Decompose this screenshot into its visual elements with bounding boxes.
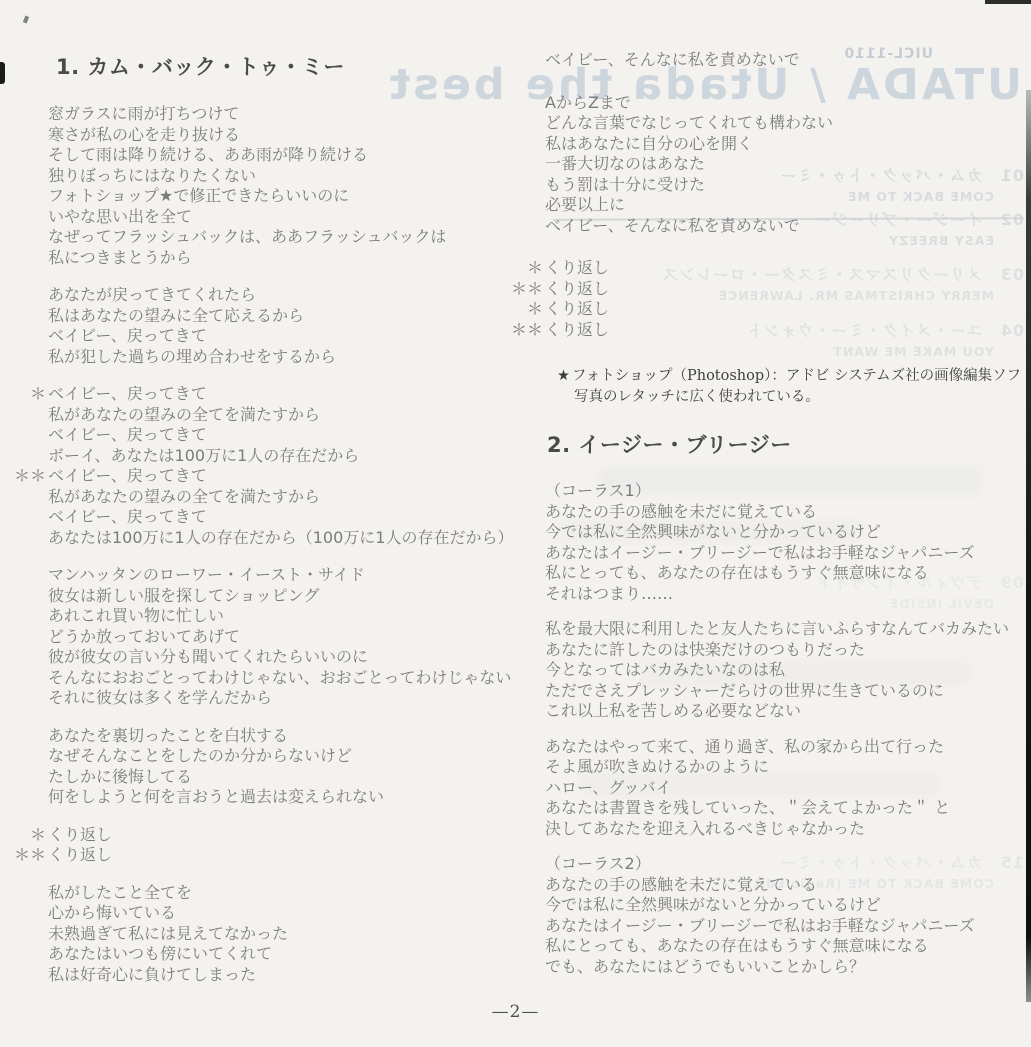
lyric-line: ベイビー、そんなに私を責めないで bbox=[545, 50, 1027, 71]
song2-title: 2. イージー・ブリージー bbox=[547, 433, 1027, 457]
lyric-line: 今となってはバカみたいなのは私 bbox=[545, 660, 1027, 681]
lyric-line: ベイビー、戻ってきて bbox=[48, 507, 526, 528]
stanza: AからZまでどんな言葉でなじってくれても構わない私はあなたに自分の心を開く一番大… bbox=[545, 93, 1027, 237]
lyric-line: あなたはいつも傍にいてくれて bbox=[48, 944, 526, 965]
column-left: 1. カム・バック・トゥ・ミー 窓ガラスに雨が打ちつけて寒さが私の心を走り抜ける… bbox=[48, 55, 526, 1002]
lyric-line: あなたが戻ってきてくれたら bbox=[48, 285, 526, 306]
repeat-marker: ＊ bbox=[511, 299, 543, 320]
footnote: ★フォトショップ（Photoshop）：アドビ システムズ社の画像編集ソフトウェ… bbox=[545, 366, 1027, 407]
footnote-line-1: ★フォトショップ（Photoshop）：アドビ システムズ社の画像編集ソフトウェ… bbox=[557, 366, 1027, 387]
repeat-marker: ＊＊ bbox=[14, 845, 46, 866]
lyric-line: ＊くり返し bbox=[545, 258, 1027, 279]
lyric-line: それはつまり…… bbox=[545, 584, 1027, 605]
lyric-line: フォトショップ★で修正できたらいいのに bbox=[48, 186, 526, 207]
scan-speck bbox=[23, 16, 29, 24]
lyric-line: （コーラス1） bbox=[545, 481, 1027, 502]
lyric-line: 私はあなたに自分の心を開く bbox=[545, 134, 1027, 155]
scan-mark-left bbox=[0, 62, 5, 84]
lyric-line: 必要以上に bbox=[545, 195, 1027, 216]
lyric-line: あなたの手の感触を未だに覚えている bbox=[545, 875, 1027, 896]
lyric-line: マンハッタンのローワー・イースト・サイド bbox=[48, 565, 526, 586]
scan-edge-right bbox=[1026, 90, 1031, 1002]
lyric-line: ただでさえプレッシャーだらけの世界に生きているのに bbox=[545, 681, 1027, 702]
lyric-line: 私があなたの望みの全てを満たすから bbox=[48, 405, 526, 426]
lyric-line: そんなにおおごとってわけじゃない、おおごとってわけじゃない bbox=[48, 668, 526, 689]
song1-lyrics-left: 窓ガラスに雨が打ちつけて寒さが私の心を走り抜けるそして雨は降り続ける、ああ雨が降… bbox=[48, 104, 526, 985]
repeat-marker: ＊＊ bbox=[511, 320, 543, 341]
lyric-line: 寒さが私の心を走り抜ける bbox=[48, 125, 526, 146]
repeat-marker: ＊＊ bbox=[14, 466, 46, 487]
song1-lyrics-continued: ベイビー、そんなに私を責めないでAからZまでどんな言葉でなじってくれても構わない… bbox=[545, 50, 1027, 340]
lyric-line: 一番大切なのはあなた bbox=[545, 154, 1027, 175]
song1-title: 1. カム・バック・トゥ・ミー bbox=[56, 55, 526, 79]
lyric-line: いやな思い出を全て bbox=[48, 207, 526, 228]
page-number: —2— bbox=[0, 1002, 1031, 1022]
lyric-line: あなたはイージー・ブリージーで私はお手軽なジャパニーズ bbox=[545, 916, 1027, 937]
lyric-line: あれこれ買い物に忙しい bbox=[48, 606, 526, 627]
stanza: あなたを裏切ったことを白状するなぜそんなことをしたのか分からないけどたしかに後悔… bbox=[48, 726, 526, 808]
stanza: ＊くり返し＊＊くり返し＊くり返し＊＊くり返し bbox=[545, 258, 1027, 340]
stanza: ベイビー、そんなに私を責めないで bbox=[545, 50, 1027, 71]
lyric-line: ＊＊くり返し bbox=[48, 845, 526, 866]
repeat-marker: ＊ bbox=[511, 258, 543, 279]
stanza: ＊ベイビー、戻ってきて私があなたの望みの全てを満たすからベイビー、戻ってきてボー… bbox=[48, 384, 526, 548]
lyric-line: ベイビー、戻ってきて bbox=[48, 425, 526, 446]
lyric-line: 私が犯した過ちの埋め合わせをするから bbox=[48, 347, 526, 368]
stanza: （コーラス1）あなたの手の感触を未だに覚えている今では私に全然興味がないと分かっ… bbox=[545, 481, 1027, 604]
lyric-line: AからZまで bbox=[545, 93, 1027, 114]
lyric-line: （コーラス2） bbox=[545, 854, 1027, 875]
lyric-line: あなたの手の感触を未だに覚えている bbox=[545, 502, 1027, 523]
repeat-marker: ＊ bbox=[14, 825, 46, 846]
lyric-line: 私がしたこと全てを bbox=[48, 883, 526, 904]
lyric-line: なぜそんなことをしたのか分からないけど bbox=[48, 746, 526, 767]
scan-edge-top-right bbox=[985, 0, 1031, 4]
star-marker-icon: ★ bbox=[557, 368, 572, 384]
lyric-line: ＊くり返し bbox=[545, 299, 1027, 320]
lyric-line: 私は好奇心に負けてしまった bbox=[48, 965, 526, 986]
column-right: ベイビー、そんなに私を責めないでAからZまでどんな言葉でなじってくれても構わない… bbox=[545, 50, 1027, 992]
lyric-line: 独りぼっちにはなりたくない bbox=[48, 166, 526, 187]
lyric-line: 私につきまとうから bbox=[48, 248, 526, 269]
lyric-line: 私を最大限に利用したと友人たちに言いふらすなんてバカみたい bbox=[545, 619, 1027, 640]
lyric-line: あなたはイージー・ブリージーで私はお手軽なジャパニーズ bbox=[545, 543, 1027, 564]
lyric-line: 今では私に全然興味がないと分かっているけど bbox=[545, 522, 1027, 543]
song2-lyrics: （コーラス1）あなたの手の感触を未だに覚えている今では私に全然興味がないと分かっ… bbox=[545, 481, 1027, 977]
lyric-line: ボーイ、あなたは100万に1人の存在だから bbox=[48, 446, 526, 467]
lyric-line: あなたは100万に1人の存在だから（100万に1人の存在だから） bbox=[48, 528, 526, 549]
stanza: あなたはやって来て、通り過ぎ、私の家から出て行ったそよ風が吹きぬけるかのようにハ… bbox=[545, 737, 1027, 840]
lyric-line: 私にとっても、あなたの存在はもうすぐ無意味になる bbox=[545, 563, 1027, 584]
lyric-line: あなたは書置きを残していった、＂会えてよかった＂ と bbox=[545, 798, 1027, 819]
lyric-line: どんな言葉でなじってくれても構わない bbox=[545, 113, 1027, 134]
stanza: マンハッタンのローワー・イースト・サイド彼女は新しい服を探してショッピングあれこ… bbox=[48, 565, 526, 709]
lyric-line: 彼女は新しい服を探してショッピング bbox=[48, 586, 526, 607]
lyric-line: たしかに後悔してる bbox=[48, 767, 526, 788]
lyric-line: でも、あなたにはどうでもいいことかしら？ bbox=[545, 957, 1027, 978]
lyric-line: ハロー、グッバイ bbox=[545, 778, 1027, 799]
stanza: 私がしたこと全てを心から悔いている未熟過ぎて私には見えてなかったあなたはいつも傍… bbox=[48, 883, 526, 986]
repeat-marker: ＊＊ bbox=[511, 279, 543, 300]
lyric-line: あなたに許したのは快楽だけのつもりだった bbox=[545, 640, 1027, 661]
lyric-line: 何をしようと何を言おうと過去は変えられない bbox=[48, 787, 526, 808]
lyric-line: 決してあなたを迎え入れるべきじゃなかった bbox=[545, 819, 1027, 840]
lyric-line: 私はあなたの望みに全て応えるから bbox=[48, 306, 526, 327]
stanza: あなたが戻ってきてくれたら私はあなたの望みに全て応えるからベイビー、戻ってきて私… bbox=[48, 285, 526, 367]
lyric-line: もう罰は十分に受けた bbox=[545, 175, 1027, 196]
lyric-line: ＊＊くり返し bbox=[545, 279, 1027, 300]
lyric-line: これ以上私を苦しめる必要などない bbox=[545, 701, 1027, 722]
lyric-line: 私があなたの望みの全てを満たすから bbox=[48, 487, 526, 508]
repeat-marker: ＊ bbox=[14, 384, 46, 405]
footnote-line-2: 写真のレタッチに広く使われている。 bbox=[557, 387, 1027, 408]
lyric-line: ＊くり返し bbox=[48, 825, 526, 846]
lyric-line: ベイビー、そんなに私を責めないで bbox=[545, 216, 1027, 237]
lyric-line: それに彼女は多くを学んだから bbox=[48, 688, 526, 709]
lyric-line: 心から悔いている bbox=[48, 903, 526, 924]
lyric-line: そして雨は降り続ける、ああ雨が降り続ける bbox=[48, 145, 526, 166]
lyric-line: ＊＊ベイビー、戻ってきて bbox=[48, 466, 526, 487]
lyric-line: あなたはやって来て、通り過ぎ、私の家から出て行った bbox=[545, 737, 1027, 758]
stanza: （コーラス2）あなたの手の感触を未だに覚えている今では私に全然興味がないと分かっ… bbox=[545, 854, 1027, 977]
lyric-line: そよ風が吹きぬけるかのように bbox=[545, 757, 1027, 778]
lyric-line: ベイビー、戻ってきて bbox=[48, 326, 526, 347]
lyric-line: なぜってフラッシュバックは、ああフラッシュバックは bbox=[48, 227, 526, 248]
lyric-line: 未熟過ぎて私には見えてなかった bbox=[48, 924, 526, 945]
lyric-line: どうか放っておいてあげて bbox=[48, 627, 526, 648]
lyric-line: 窓ガラスに雨が打ちつけて bbox=[48, 104, 526, 125]
stanza: 私を最大限に利用したと友人たちに言いふらすなんてバカみたいあなたに許したのは快楽… bbox=[545, 619, 1027, 722]
lyric-line: 彼が彼女の言い分も聞いてくれたらいいのに bbox=[48, 647, 526, 668]
lyric-line: 私にとっても、あなたの存在はもうすぐ無意味になる bbox=[545, 936, 1027, 957]
lyric-line: ＊＊くり返し bbox=[545, 320, 1027, 341]
lyric-line: あなたを裏切ったことを白状する bbox=[48, 726, 526, 747]
lyric-line: ＊ベイビー、戻ってきて bbox=[48, 384, 526, 405]
lyric-line: 今では私に全然興味がないと分かっているけど bbox=[545, 895, 1027, 916]
stanza: ＊くり返し＊＊くり返し bbox=[48, 825, 526, 866]
booklet-page: UICL-1110 UTADA / Utada the best 01 カム・バ… bbox=[0, 0, 1031, 1047]
stanza: 窓ガラスに雨が打ちつけて寒さが私の心を走り抜けるそして雨は降り続ける、ああ雨が降… bbox=[48, 104, 526, 268]
footnote-text-1: フォトショップ（Photoshop）：アドビ システムズ社の画像編集ソフトウェア… bbox=[572, 368, 1031, 384]
